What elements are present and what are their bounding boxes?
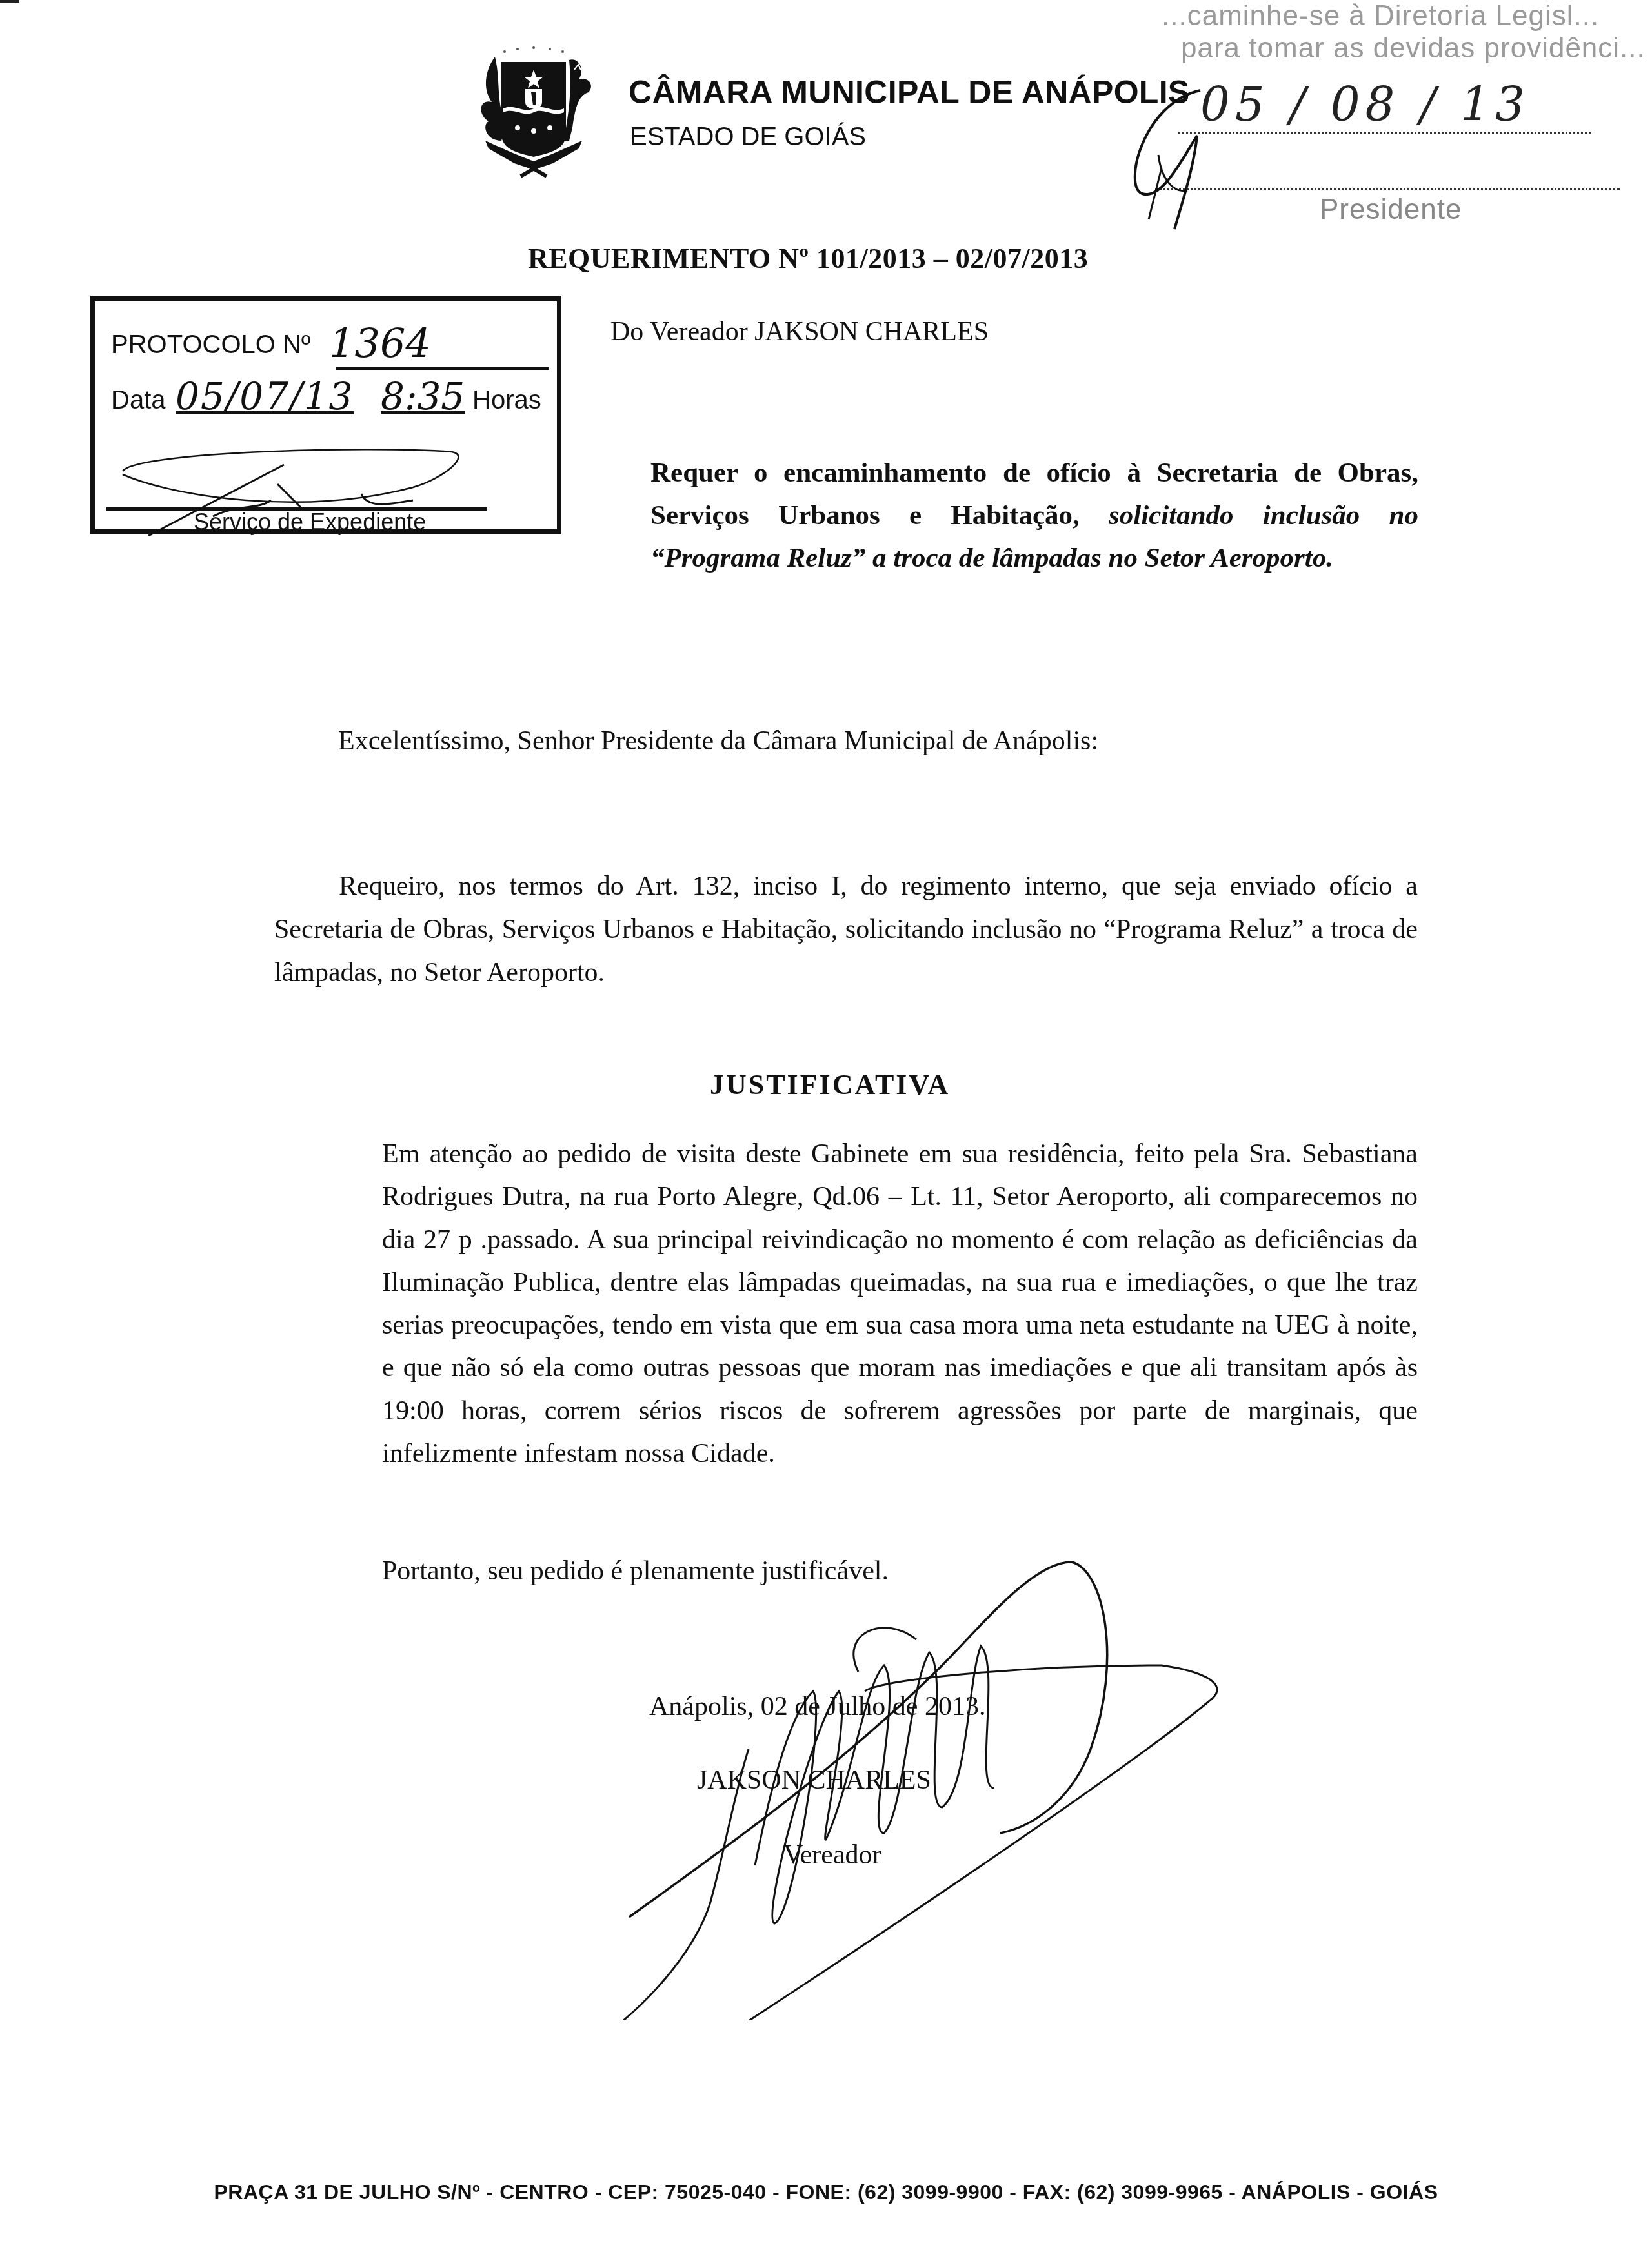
justification-paragraph: Em atenção ao pedido de visita deste Gab… bbox=[382, 1133, 1418, 1475]
dispatch-stamp-line-1: ...caminhe-se à Diretoria Legisl... bbox=[1162, 0, 1599, 32]
scan-mark bbox=[0, 0, 19, 3]
footer-address: PRAÇA 31 DE JULHO S/Nº - CENTRO - CEP: 7… bbox=[0, 2180, 1652, 2204]
dispatch-signer-title: Presidente bbox=[1320, 194, 1462, 226]
document-title: REQUERIMENTO Nº 101/2013 – 02/07/2013 bbox=[528, 242, 1088, 275]
protocol-date-value: 05/07/13 bbox=[176, 374, 354, 418]
councilor-signature-icon bbox=[581, 1556, 1291, 2020]
protocol-date-label: Data bbox=[111, 386, 166, 415]
request-paragraph: Requeiro, nos termos do Art. 132, inciso… bbox=[274, 865, 1418, 995]
subject-summary: Requer o encaminhamento de ofício à Secr… bbox=[650, 452, 1418, 580]
protocol-number-rule bbox=[336, 367, 549, 370]
protocol-service-label: Serviço de Expediente bbox=[194, 509, 426, 536]
from-councilor: Do Vereador JAKSON CHARLES bbox=[610, 316, 989, 347]
protocol-label: PROTOCOLO Nº bbox=[111, 330, 310, 360]
president-signature-icon bbox=[1103, 77, 1297, 232]
organization-state: ESTADO DE GOIÁS bbox=[630, 123, 866, 152]
protocol-time-value: 8:35 bbox=[381, 374, 465, 418]
justification-heading: JUSTIFICATIVA bbox=[710, 1068, 950, 1101]
salutation: Excelentíssimo, Senhor Presidente da Câm… bbox=[338, 726, 1098, 756]
protocol-hours-label: Horas bbox=[472, 386, 541, 415]
dispatch-stamp-line-2: para tomar as devidas providênci... bbox=[1181, 32, 1646, 65]
municipal-coat-of-arms-icon bbox=[466, 44, 601, 179]
protocol-number: 1364 bbox=[329, 320, 431, 367]
